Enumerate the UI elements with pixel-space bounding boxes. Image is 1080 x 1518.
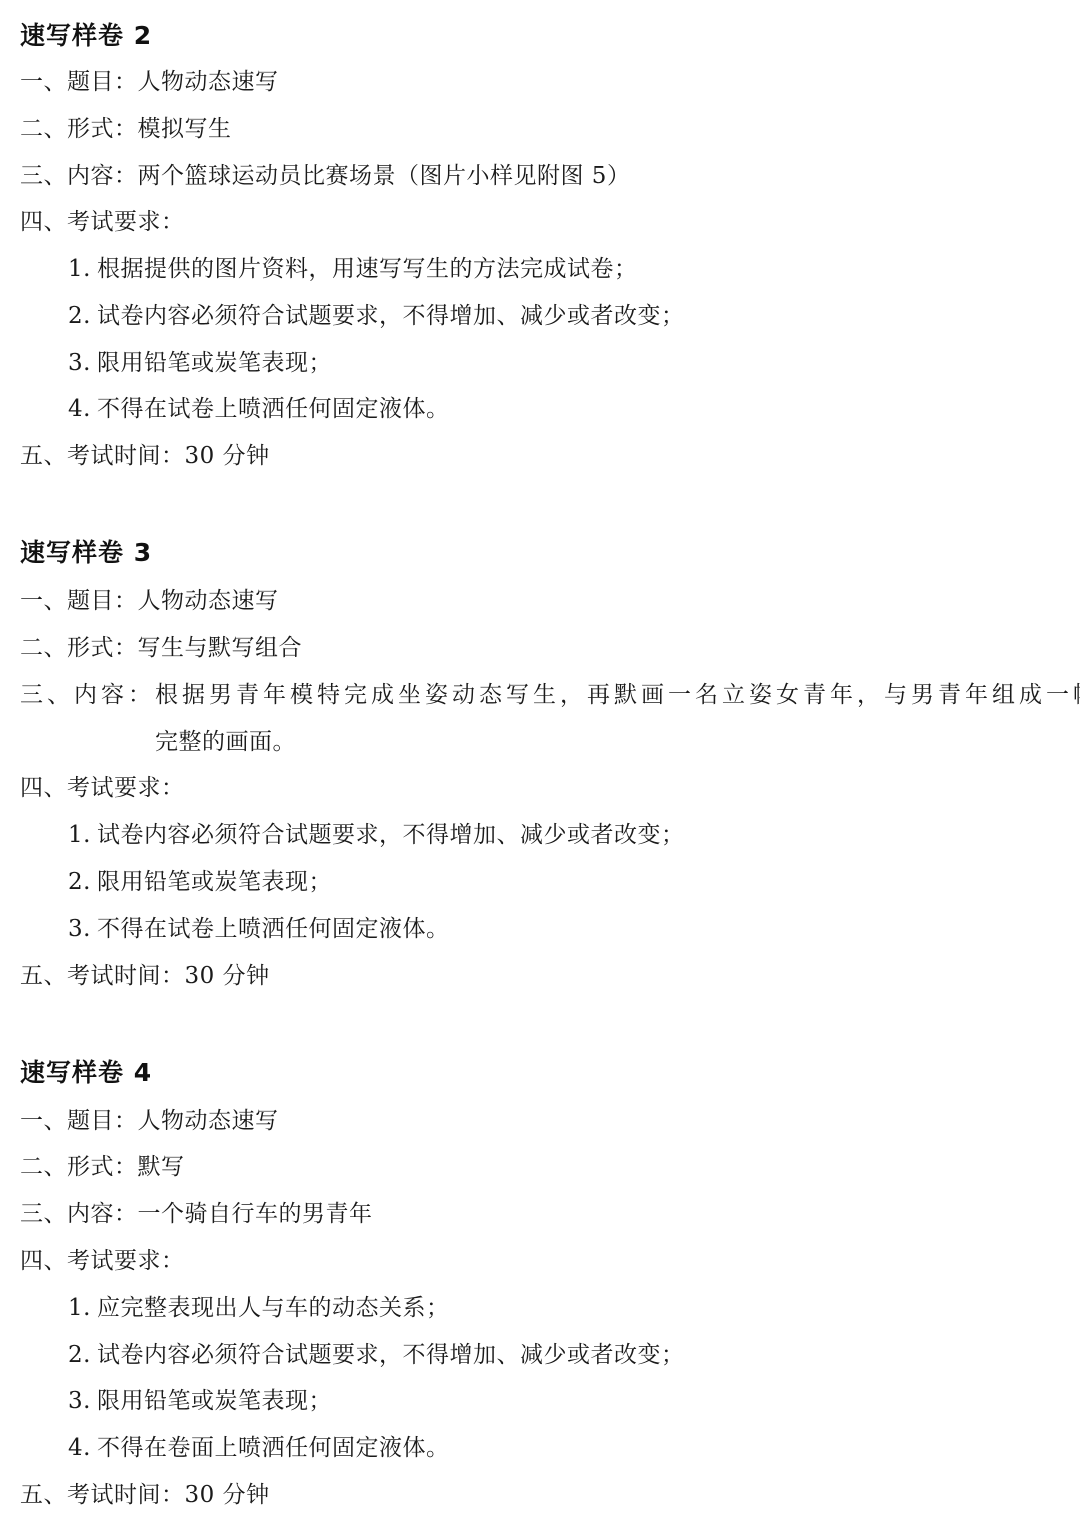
requirement-number: 4. [68,1433,91,1463]
item-value: 30 分钟 [185,1482,270,1508]
requirements-heading: 四、考试要求： [20,1246,185,1276]
item-value: 人物动态速写 [138,1108,279,1134]
item-label: 四、考试要求： [20,1248,185,1274]
requirement-item: 3.不得在试卷上喷洒任何固定液体。 [68,914,449,944]
requirement-number: 3. [68,1386,91,1416]
section-title: 速写样卷 2 [20,21,152,51]
item-label: 四、考试要求： [20,209,185,235]
topic-line: 一、题目：人物动态速写 [20,1106,279,1136]
item-value: 30 分钟 [185,443,270,469]
requirement-item: 2.限用铅笔或炭笔表现； [68,867,332,897]
requirement-number: 2. [68,301,91,331]
requirement-item: 1.应完整表现出人与车的动态关系； [68,1293,449,1323]
item-label: 一、题目： [20,588,138,614]
content-line: 三、内容：两个篮球运动员比赛场景（图片小样见附图 5） [20,161,630,191]
section-title: 速写样卷 4 [20,1058,152,1088]
requirements-heading: 四、考试要求： [20,207,185,237]
topic-line: 一、题目：人物动态速写 [20,586,279,616]
item-label: 三、内容： [20,682,155,708]
item-label: 二、形式： [20,116,138,142]
item-value: 人物动态速写 [138,69,279,95]
item-label: 二、形式： [20,635,138,661]
requirement-item: 2.试卷内容必须符合试题要求，不得增加、减少或者改变； [68,1340,684,1370]
topic-line: 一、题目：人物动态速写 [20,67,279,97]
item-value: 写生与默写组合 [138,635,303,661]
requirement-number: 4. [68,394,91,424]
section-title: 速写样卷 3 [20,538,152,568]
item-value: 默写 [138,1154,185,1180]
item-label: 三、内容： [20,163,138,189]
requirement-text: 限用铅笔或炭笔表现； [97,869,332,895]
form-line: 二、形式：模拟写生 [20,114,232,144]
item-label: 五、考试时间： [20,1482,185,1508]
requirement-number: 2. [68,1340,91,1370]
requirement-item: 3.限用铅笔或炭笔表现； [68,348,332,378]
requirement-text: 试卷内容必须符合试题要求，不得增加、减少或者改变； [97,1342,685,1368]
exam-time-line: 五、考试时间：30 分钟 [20,1480,270,1510]
requirement-number: 3. [68,914,91,944]
requirement-text: 不得在试卷上喷洒任何固定液体。 [97,396,450,422]
item-label: 一、题目： [20,1108,138,1134]
requirement-number: 2. [68,867,91,897]
requirement-text: 限用铅笔或炭笔表现； [97,1388,332,1414]
content-line-continuation: 完整的画面。 [155,727,296,757]
content-line: 三、内容：一个骑自行车的男青年 [20,1199,373,1229]
item-value: 30 分钟 [185,963,270,989]
item-value: 模拟写生 [138,116,232,142]
requirement-item: 3.限用铅笔或炭笔表现； [68,1386,332,1416]
requirement-number: 3. [68,348,91,378]
requirement-text: 试卷内容必须符合试题要求，不得增加、减少或者改变； [97,303,685,329]
requirement-item: 2.试卷内容必须符合试题要求，不得增加、减少或者改变； [68,301,684,331]
requirement-number: 1. [68,820,91,850]
item-value: 两个篮球运动员比赛场景（图片小样见附图 5） [138,163,631,189]
requirements-heading: 四、考试要求： [20,773,185,803]
requirement-text: 不得在卷面上喷洒任何固定液体。 [97,1435,450,1461]
item-label: 五、考试时间： [20,443,185,469]
form-line: 二、形式：默写 [20,1152,185,1182]
requirement-text: 不得在试卷上喷洒任何固定液体。 [97,916,450,942]
requirement-text: 根据提供的图片资料，用速写写生的方法完成试卷； [97,256,638,282]
requirement-text: 限用铅笔或炭笔表现； [97,350,332,376]
item-value: 一个骑自行车的男青年 [138,1201,373,1227]
requirement-item: 4.不得在卷面上喷洒任何固定液体。 [68,1433,449,1463]
exam-time-line: 五、考试时间：30 分钟 [20,441,270,471]
content-line: 三、内容：根据男青年模特完成坐姿动态写生，再默画一名立姿女青年，与男青年组成一幅 [20,680,1080,710]
requirement-number: 1. [68,1293,91,1323]
requirement-text: 试卷内容必须符合试题要求，不得增加、减少或者改变； [97,822,685,848]
exam-time-line: 五、考试时间：30 分钟 [20,961,270,991]
requirement-item: 1.试卷内容必须符合试题要求，不得增加、减少或者改变； [68,820,684,850]
item-label: 五、考试时间： [20,963,185,989]
requirement-item: 1.根据提供的图片资料，用速写写生的方法完成试卷； [68,254,637,284]
item-value: 根据男青年模特完成坐姿动态写生，再默画一名立姿女青年，与男青年组成一幅 [155,682,1080,708]
requirement-text: 应完整表现出人与车的动态关系； [97,1295,450,1321]
item-value: 人物动态速写 [138,588,279,614]
item-label: 一、题目： [20,69,138,95]
item-label: 二、形式： [20,1154,138,1180]
requirement-number: 1. [68,254,91,284]
requirement-item: 4.不得在试卷上喷洒任何固定液体。 [68,394,449,424]
form-line: 二、形式：写生与默写组合 [20,633,302,663]
item-label: 三、内容： [20,1201,138,1227]
item-label: 四、考试要求： [20,775,185,801]
